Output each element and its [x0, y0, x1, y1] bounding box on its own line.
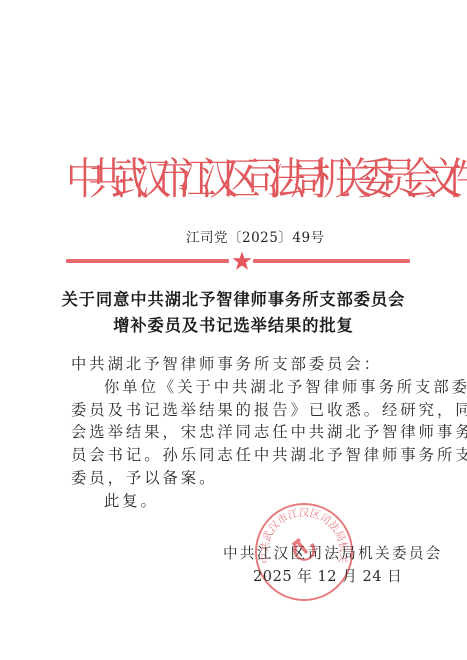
separator-rule-right — [253, 259, 410, 263]
signature-organization: 中共江汉区司法局机关委员会 — [223, 545, 443, 563]
body-line: 会选举结果，宋忠洋同志任中共湖北予智律师事务所支部委 — [71, 422, 467, 442]
document-number: 江司党〔2025〕49号 — [186, 229, 325, 247]
recipient-line: 中共湖北予智律师事务所支部委员会： — [71, 354, 382, 374]
signature-date: 2025 年 12 月 24 日 — [253, 568, 402, 586]
header-title: 中共武汉市江汉区司法局机关委员会文件 — [66, 148, 410, 210]
star-icon — [232, 251, 252, 271]
body-line: 员会书记。孙乐同志任中共湖北予智律师事务所支部委员会 — [71, 445, 467, 465]
document-heading-line1: 关于同意中共湖北予智律师事务所支部委员会 — [0, 289, 467, 311]
body-line: 委员，予以备案。 — [71, 468, 217, 488]
body-line: 委员及书记选举结果的报告》已收悉。经研究，同意党员大 — [71, 400, 467, 420]
closing-line: 此复。 — [104, 491, 159, 511]
body-line: 你单位《关于中共湖北予智律师事务所支部委员会增补 — [104, 377, 467, 397]
document-heading-line2: 增补委员及书记选举结果的批复 — [0, 315, 467, 337]
separator-rule-left — [66, 259, 229, 263]
